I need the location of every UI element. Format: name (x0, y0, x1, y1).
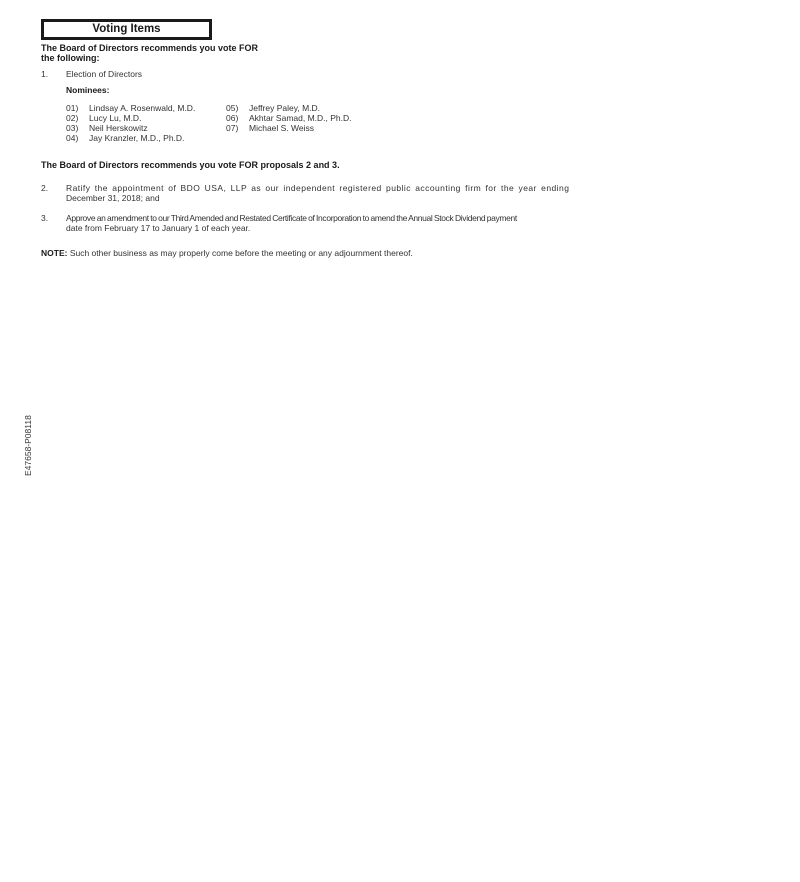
nominee-number: 03) (66, 123, 89, 133)
nominee-name: Michael S. Weiss (249, 123, 314, 133)
item-3-number: 3. (41, 213, 48, 223)
nominees-column-2: 05)Jeffrey Paley, M.D. 06)Akhtar Samad, … (226, 103, 352, 133)
item-2-line-1: Ratify the appointment of BDO USA, LLP a… (66, 183, 588, 193)
nominee-name: Neil Herskowitz (89, 123, 148, 133)
nominee-name: Akhtar Samad, M.D., Ph.D. (249, 113, 352, 123)
nominee-number: 04) (66, 133, 89, 143)
item-3-line-1: Approve an amendment to our Third Amende… (66, 213, 588, 223)
side-code: E47658-P08118 (23, 415, 33, 476)
item-2-text: Ratify the appointment of BDO USA, LLP a… (66, 183, 588, 203)
nominee-name: Lucy Lu, M.D. (89, 113, 141, 123)
nominee-number: 07) (226, 123, 249, 133)
nominee-row: 07)Michael S. Weiss (226, 123, 352, 133)
note: NOTE: Such other business as may properl… (41, 248, 413, 258)
nominee-row: 04)Jay Kranzler, M.D., Ph.D. (66, 133, 195, 143)
nominee-name: Lindsay A. Rosenwald, M.D. (89, 103, 195, 113)
voting-items-title: Voting Items (41, 19, 212, 40)
item-2-line-2: December 31, 2018; and (66, 193, 588, 203)
item-3-line-2: date from February 17 to January 1 of ea… (66, 223, 588, 233)
item-2-number: 2. (41, 183, 48, 193)
nominee-row: 01)Lindsay A. Rosenwald, M.D. (66, 103, 195, 113)
nominee-number: 06) (226, 113, 249, 123)
nominee-row: 03)Neil Herskowitz (66, 123, 195, 133)
nominees-label: Nominees: (66, 85, 109, 95)
nominee-row: 05)Jeffrey Paley, M.D. (226, 103, 352, 113)
note-label: NOTE: (41, 248, 67, 258)
board-recommendation-line-1: The Board of Directors recommends you vo… (41, 43, 258, 53)
board-recommendation-line-2: the following: (41, 53, 100, 63)
nominee-name: Jeffrey Paley, M.D. (249, 103, 320, 113)
note-text: Such other business as may properly come… (67, 248, 412, 258)
nominee-number: 05) (226, 103, 249, 113)
nominee-number: 01) (66, 103, 89, 113)
item-1-number: 1. (41, 69, 48, 79)
item-3-text: Approve an amendment to our Third Amende… (66, 213, 588, 233)
nominee-row: 06)Akhtar Samad, M.D., Ph.D. (226, 113, 352, 123)
nominees-column-1: 01)Lindsay A. Rosenwald, M.D. 02)Lucy Lu… (66, 103, 195, 143)
nominee-row: 02)Lucy Lu, M.D. (66, 113, 195, 123)
board-recommendation-proposals: The Board of Directors recommends you vo… (41, 160, 340, 170)
nominee-name: Jay Kranzler, M.D., Ph.D. (89, 133, 184, 143)
item-1-text: Election of Directors (66, 69, 142, 79)
nominee-number: 02) (66, 113, 89, 123)
